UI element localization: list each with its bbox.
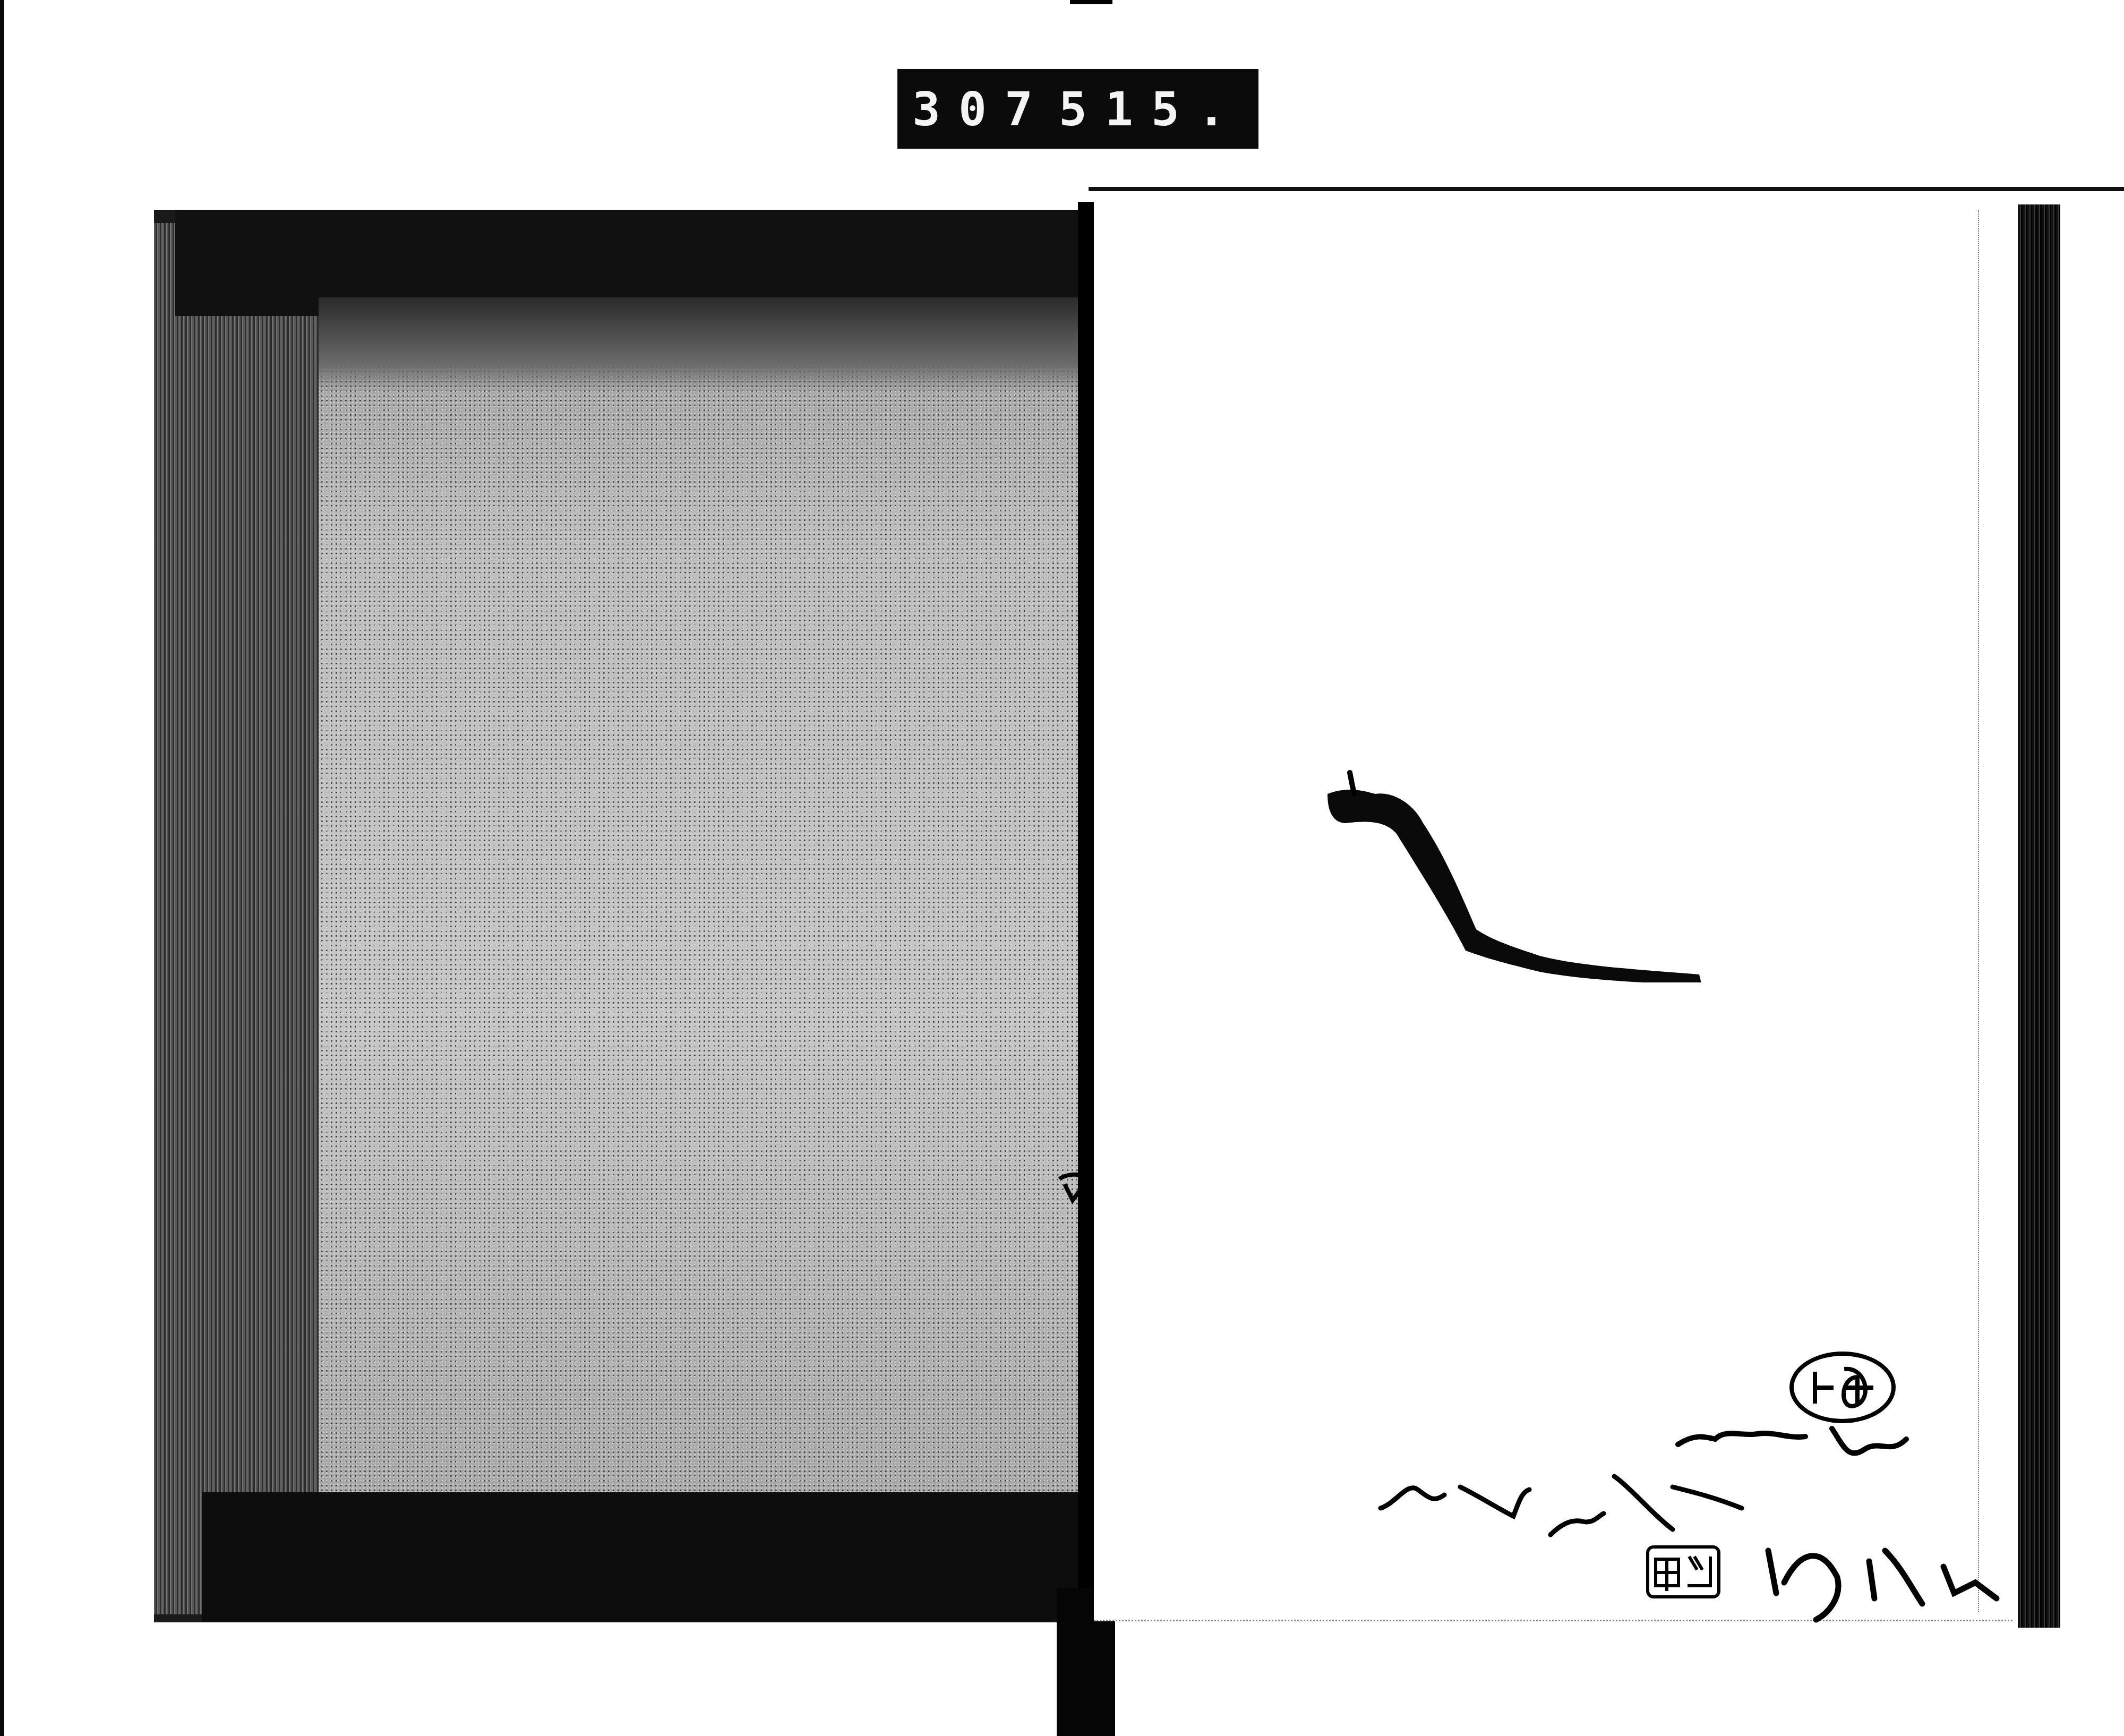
- seal-glyph-icon: [1794, 1356, 1891, 1419]
- page-top-rule: [1089, 187, 2124, 191]
- handwriting-line-2: [1375, 1466, 1747, 1540]
- seal-glyph-icon: [1649, 1549, 1717, 1595]
- cover-bottom-fold: [202, 1492, 1089, 1622]
- brush-stroke: [1317, 770, 1710, 982]
- handwriting-line-3: [1763, 1519, 2012, 1625]
- page-fore-edge: [1978, 210, 1984, 1612]
- reel-number: 307: [912, 82, 1051, 136]
- frame-number: 515.: [1059, 82, 1244, 136]
- scan-left-border: [0, 0, 4, 1736]
- round-seal-stamp: [1789, 1352, 1896, 1423]
- cover-side-flap: [154, 223, 329, 1614]
- square-seal-stamp: [1646, 1545, 1720, 1598]
- book-block-edge: [2018, 204, 2060, 1628]
- cover-inner-shadow: [319, 297, 1078, 393]
- binding-stitch-mark: [1054, 1158, 1097, 1216]
- frame-counter: 307 515.: [897, 69, 1258, 149]
- cover-inner-paper: [319, 297, 1078, 1492]
- book-spine: [1078, 202, 1094, 1736]
- scan-top-tick: [1070, 0, 1112, 4]
